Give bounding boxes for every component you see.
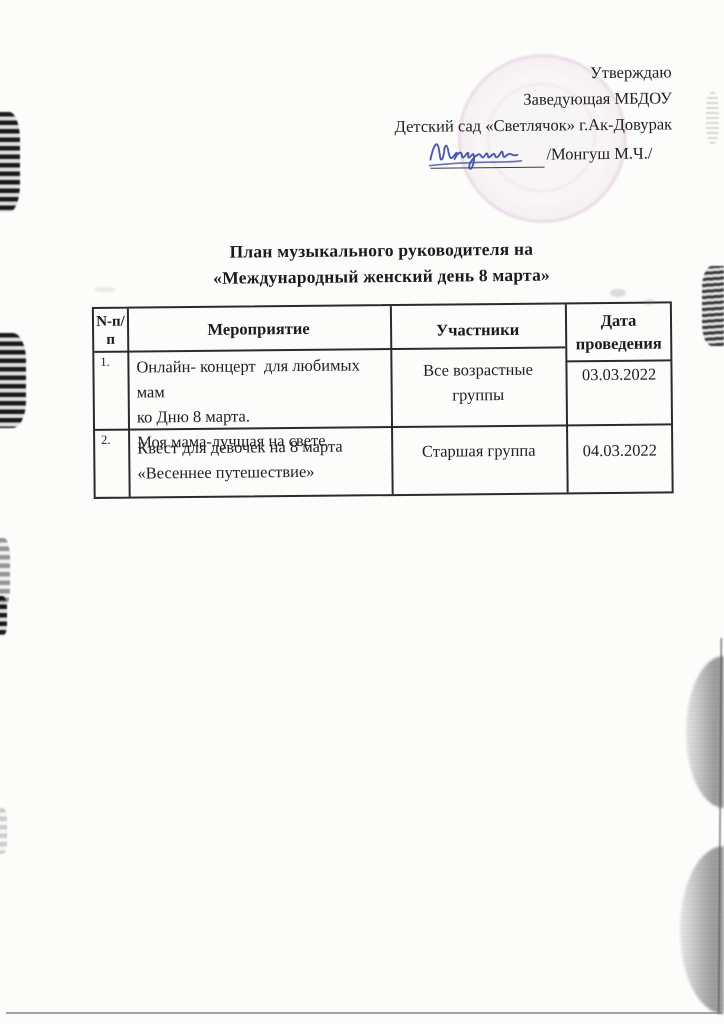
signature-name: /Монгуш М.Ч./	[546, 141, 652, 168]
plan-table: N-п/п Мероприятие Участники Дата проведе…	[92, 301, 674, 499]
table-header-event: Мероприятие	[127, 315, 390, 343]
row2-event-line-1: Квест для девочек на 8 марта	[137, 433, 389, 460]
document-title: План музыкального руководителя на «Между…	[91, 234, 671, 292]
handwritten-signature	[426, 135, 548, 176]
document-title-line-2: «Международный женский день 8 марта»	[91, 260, 671, 292]
row1-date: 03.03.2022	[567, 361, 670, 387]
row1-participants: Все возрастные группы	[400, 357, 555, 408]
table-header-date: Дата проведения	[567, 308, 670, 355]
row1-number: 1.	[100, 355, 125, 370]
row2-event: Квест для девочек на 8 марта «Весеннее п…	[137, 433, 389, 485]
scanned-document: Утверждаю Заведующая МБДОУ Детский сад «…	[0, 0, 724, 1024]
row2-event-line-2: «Весеннее путешествие»	[137, 458, 389, 485]
row1-event-line-2: ко Дню 8 марта.	[137, 402, 389, 429]
approval-line-approve: Утверждаю	[342, 59, 672, 88]
table-header-participants: Участники	[390, 316, 565, 343]
row2-number: 2.	[101, 433, 126, 448]
table-header-number: N-п/п	[95, 313, 126, 349]
signature-underline	[430, 143, 544, 169]
row2-participants: Старшая группа	[401, 438, 556, 464]
signature-row: /Монгуш М.Ч./	[342, 140, 672, 169]
row2-date: 04.03.2022	[568, 437, 671, 463]
approval-line-head: Заведующая МБДОУ	[342, 85, 672, 114]
row1-event-line-1: Онлайн- концерт для любимых мам	[136, 352, 388, 404]
approval-block: Утверждаю Заведующая МБДОУ Детский сад «…	[342, 59, 673, 169]
